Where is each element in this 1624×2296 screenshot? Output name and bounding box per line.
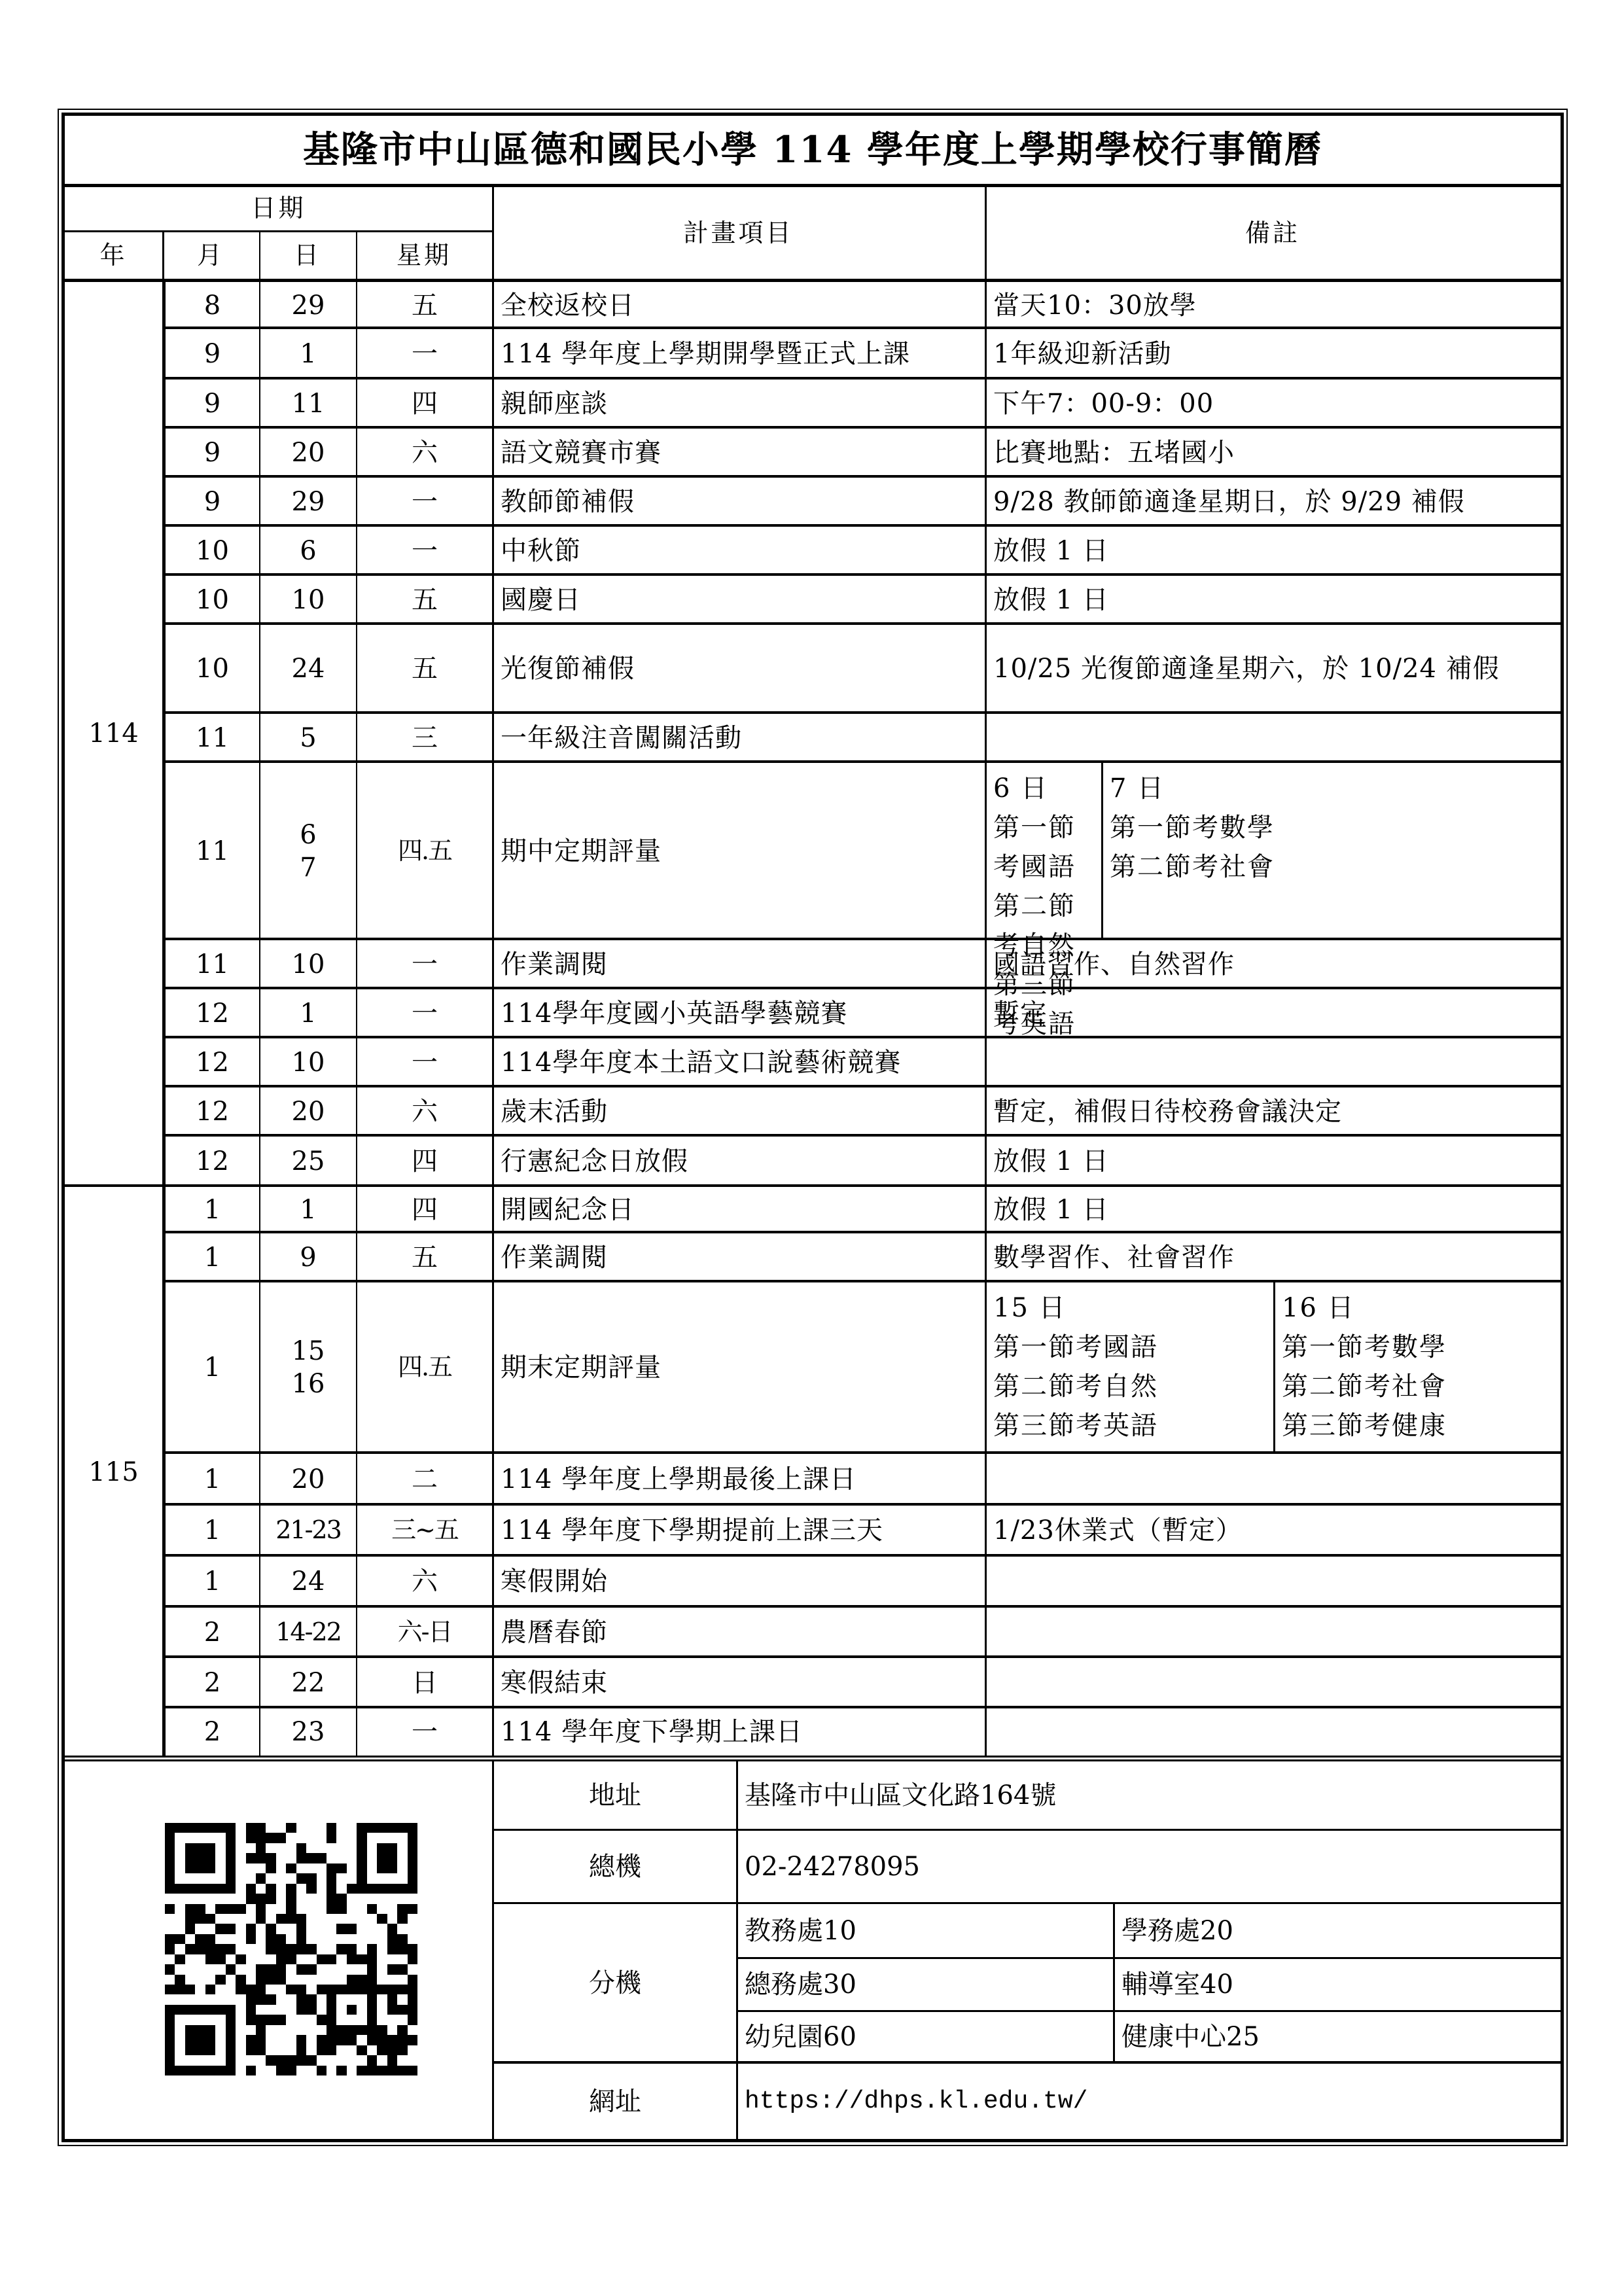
plan-cell: 期末定期評量 bbox=[494, 1282, 985, 1453]
weekday-cell: 一 bbox=[357, 1708, 492, 1756]
month-cell: 10 bbox=[166, 624, 259, 713]
weekday-cell: 一 bbox=[357, 477, 492, 526]
divider bbox=[356, 232, 357, 279]
month-cell: 12 bbox=[166, 1038, 259, 1087]
plan-cell: 作業調閱 bbox=[494, 940, 985, 989]
extension-health-center: 健康中心25 bbox=[1115, 2012, 1561, 2062]
website-link[interactable]: https://dhps.kl.edu.tw/ bbox=[738, 2064, 1561, 2140]
note-cell bbox=[987, 1453, 1561, 1505]
weekday-cell: 三 bbox=[357, 713, 492, 762]
extension-label: 分機 bbox=[494, 1904, 736, 2062]
month-cell: 2 bbox=[166, 1657, 259, 1708]
address-label: 地址 bbox=[494, 1761, 736, 1829]
note-cell-first-day: 15 日 第一節考國語 第二節考自然 第三節考英語 bbox=[987, 1282, 1273, 1453]
month-cell: 10 bbox=[166, 575, 259, 624]
plan-cell: 國慶日 bbox=[494, 575, 985, 624]
weekday-cell: 六 bbox=[357, 428, 492, 477]
website-label: 網址 bbox=[494, 2064, 736, 2140]
note-cell: 暫定，補假日待校務會議決定 bbox=[987, 1087, 1561, 1136]
qr-code[interactable] bbox=[165, 1823, 417, 2075]
month-cell: 12 bbox=[166, 1136, 259, 1187]
plan-cell: 期中定期評量 bbox=[494, 762, 985, 940]
header-year: 年 bbox=[65, 232, 162, 279]
day-cell: 5 bbox=[260, 713, 356, 762]
day-cell: 24 bbox=[260, 1556, 356, 1607]
phone-label: 總機 bbox=[494, 1831, 736, 1903]
month-cell: 1 bbox=[166, 1282, 259, 1453]
phone-value: 02-24278095 bbox=[738, 1831, 1561, 1903]
day-cell: 25 bbox=[260, 1136, 356, 1187]
plan-cell: 語文競賽市賽 bbox=[494, 428, 985, 477]
note-cell bbox=[987, 713, 1561, 762]
day-cell: 22 bbox=[260, 1657, 356, 1708]
page-title: 基隆市中山區德和國民小學 114 學年度上學期學校行事簡曆 bbox=[65, 116, 1561, 184]
divider bbox=[985, 187, 987, 279]
weekday-cell: 三~五 bbox=[357, 1505, 492, 1556]
day-cell: 9 bbox=[260, 1233, 356, 1282]
weekday-cell: 一 bbox=[357, 526, 492, 575]
year-cell-114: 114 bbox=[65, 282, 162, 1185]
month-cell: 12 bbox=[166, 1087, 259, 1136]
weekday-cell: 日 bbox=[357, 1657, 492, 1708]
divider bbox=[492, 187, 494, 279]
weekday-cell: 六 bbox=[357, 1556, 492, 1607]
plan-cell: 歲末活動 bbox=[494, 1087, 985, 1136]
divider bbox=[492, 282, 494, 1757]
plan-cell: 教師節補假 bbox=[494, 477, 985, 526]
month-cell: 11 bbox=[166, 713, 259, 762]
note-cell bbox=[987, 1038, 1561, 1087]
note-cell bbox=[987, 1657, 1561, 1708]
header-plan: 計畫項目 bbox=[492, 187, 985, 279]
plan-cell: 114 學年度上學期最後上課日 bbox=[494, 1453, 985, 1505]
note-cell: 放假 1 日 bbox=[987, 575, 1561, 624]
day-cell: 14-22 bbox=[260, 1607, 356, 1657]
plan-cell: 光復節補假 bbox=[494, 624, 985, 713]
plan-cell: 114學年度國小英語學藝競賽 bbox=[494, 989, 985, 1038]
note-cell bbox=[987, 1556, 1561, 1607]
day-cell: 15 16 bbox=[260, 1282, 356, 1453]
extension-counseling: 輔導室40 bbox=[1115, 1959, 1561, 2010]
note-cell-second-day: 16 日 第一節考數學 第二節考社會 第三節考健康 bbox=[1275, 1282, 1561, 1453]
day-cell: 20 bbox=[260, 428, 356, 477]
extension-student-affairs: 學務處20 bbox=[1115, 1904, 1561, 1957]
day-cell: 23 bbox=[260, 1708, 356, 1756]
plan-cell: 全校返校日 bbox=[494, 282, 985, 328]
month-cell: 10 bbox=[166, 526, 259, 575]
address-value: 基隆市中山區文化路164號 bbox=[738, 1761, 1561, 1829]
extension-kindergarten: 幼兒園60 bbox=[738, 2012, 1114, 2062]
month-cell: 9 bbox=[166, 428, 259, 477]
plan-cell: 114學年度本土語文口說藝術競賽 bbox=[494, 1038, 985, 1087]
month-cell: 12 bbox=[166, 989, 259, 1038]
plan-cell: 寒假結束 bbox=[494, 1657, 985, 1708]
divider bbox=[1113, 1904, 1115, 2062]
plan-cell: 一年級注音闖關活動 bbox=[494, 713, 985, 762]
day-cell: 10 bbox=[260, 575, 356, 624]
weekday-cell: 五 bbox=[357, 1233, 492, 1282]
day-cell: 20 bbox=[260, 1087, 356, 1136]
plan-cell: 作業調閱 bbox=[494, 1233, 985, 1282]
weekday-cell: 一 bbox=[357, 1038, 492, 1087]
divider bbox=[162, 282, 166, 1757]
plan-cell: 寒假開始 bbox=[494, 1556, 985, 1607]
month-cell: 9 bbox=[166, 379, 259, 428]
day-cell: 11 bbox=[260, 379, 356, 428]
day-cell: 20 bbox=[260, 1453, 356, 1505]
month-cell: 2 bbox=[166, 1708, 259, 1756]
weekday-cell: 一 bbox=[357, 328, 492, 379]
month-cell: 1 bbox=[166, 1453, 259, 1505]
note-cell: 放假 1 日 bbox=[987, 526, 1561, 575]
header-day: 日 bbox=[259, 232, 356, 279]
plan-cell: 114 學年度下學期上課日 bbox=[494, 1708, 985, 1756]
month-cell: 11 bbox=[166, 940, 259, 989]
plan-cell: 中秋節 bbox=[494, 526, 985, 575]
weekday-cell: 四.五 bbox=[357, 1282, 492, 1453]
weekday-cell: 六 bbox=[357, 1087, 492, 1136]
day-cell: 29 bbox=[260, 477, 356, 526]
note-cell: 1/23休業式（暫定） bbox=[987, 1505, 1561, 1556]
month-cell: 9 bbox=[166, 328, 259, 379]
day-cell: 6 7 bbox=[260, 762, 356, 940]
note-cell-first-day: 6 日 第一節考國語 第二節考自然 第三節考英語 bbox=[987, 762, 1101, 940]
day-cell: 1 bbox=[260, 989, 356, 1038]
plan-cell: 農曆春節 bbox=[494, 1607, 985, 1657]
month-cell: 1 bbox=[166, 1556, 259, 1607]
day-cell: 21-23 bbox=[260, 1505, 356, 1556]
weekday-cell: 五 bbox=[357, 624, 492, 713]
extension-general-affairs: 總務處30 bbox=[738, 1959, 1114, 2010]
note-cell: 1年級迎新活動 bbox=[987, 328, 1561, 379]
note-cell: 放假 1 日 bbox=[987, 1136, 1561, 1187]
divider bbox=[65, 1756, 1561, 1757]
weekday-cell: 四 bbox=[357, 379, 492, 428]
weekday-cell: 一 bbox=[357, 989, 492, 1038]
header-date-group: 日期 bbox=[65, 187, 492, 230]
year-cell-115: 115 bbox=[65, 1187, 162, 1757]
divider bbox=[356, 282, 357, 1757]
day-cell: 29 bbox=[260, 282, 356, 328]
year-divider bbox=[65, 1184, 1561, 1187]
month-cell: 9 bbox=[166, 477, 259, 526]
note-cell bbox=[987, 1607, 1561, 1657]
divider bbox=[259, 282, 260, 1757]
plan-cell: 114 學年度下學期提前上課三天 bbox=[494, 1505, 985, 1556]
note-cell: 當天10：30放學 bbox=[987, 282, 1561, 328]
weekday-cell: 五 bbox=[357, 282, 492, 328]
note-cell: 9/28 教師節適逢星期日，於 9/29 補假 bbox=[987, 477, 1561, 526]
month-cell: 8 bbox=[166, 282, 259, 328]
plan-cell: 親師座談 bbox=[494, 379, 985, 428]
month-cell: 1 bbox=[166, 1505, 259, 1556]
day-cell: 10 bbox=[260, 940, 356, 989]
day-cell: 1 bbox=[260, 1187, 356, 1233]
note-cell: 比賽地點：五堵國小 bbox=[987, 428, 1561, 477]
month-cell: 2 bbox=[166, 1607, 259, 1657]
note-cell-second-day: 7 日 第一節考數學 第二節考社會 bbox=[1103, 762, 1561, 940]
divider bbox=[162, 232, 164, 279]
weekday-cell: 四 bbox=[357, 1187, 492, 1233]
note-cell: 國語習作、自然習作 bbox=[987, 940, 1561, 989]
weekday-cell: 四 bbox=[357, 1136, 492, 1187]
day-cell: 1 bbox=[260, 328, 356, 379]
note-cell: 暫定 bbox=[987, 989, 1561, 1038]
weekday-cell: 六-日 bbox=[357, 1607, 492, 1657]
note-cell: 10/25 光復節適逢星期六，於 10/24 補假 bbox=[987, 624, 1561, 713]
note-cell: 數學習作、社會習作 bbox=[987, 1233, 1561, 1282]
month-cell: 1 bbox=[166, 1233, 259, 1282]
note-cell: 下午7：00-9：00 bbox=[987, 379, 1561, 428]
plan-cell: 114 學年度上學期開學暨正式上課 bbox=[494, 328, 985, 379]
header-note: 備註 bbox=[985, 187, 1561, 279]
divider bbox=[985, 282, 987, 1757]
weekday-cell: 一 bbox=[357, 940, 492, 989]
plan-cell: 開國紀念日 bbox=[494, 1187, 985, 1233]
day-cell: 24 bbox=[260, 624, 356, 713]
note-cell bbox=[987, 1708, 1561, 1756]
extension-academic: 教務處10 bbox=[738, 1904, 1114, 1957]
weekday-cell: 二 bbox=[357, 1453, 492, 1505]
day-cell: 6 bbox=[260, 526, 356, 575]
month-cell: 11 bbox=[166, 762, 259, 940]
header-month: 月 bbox=[162, 232, 259, 279]
weekday-cell: 五 bbox=[357, 575, 492, 624]
header-weekday: 星期 bbox=[356, 232, 492, 279]
divider bbox=[259, 232, 260, 279]
weekday-cell: 四.五 bbox=[357, 762, 492, 940]
day-cell: 10 bbox=[260, 1038, 356, 1087]
month-cell: 1 bbox=[166, 1187, 259, 1233]
note-cell: 放假 1 日 bbox=[987, 1187, 1561, 1233]
plan-cell: 行憲紀念日放假 bbox=[494, 1136, 985, 1187]
